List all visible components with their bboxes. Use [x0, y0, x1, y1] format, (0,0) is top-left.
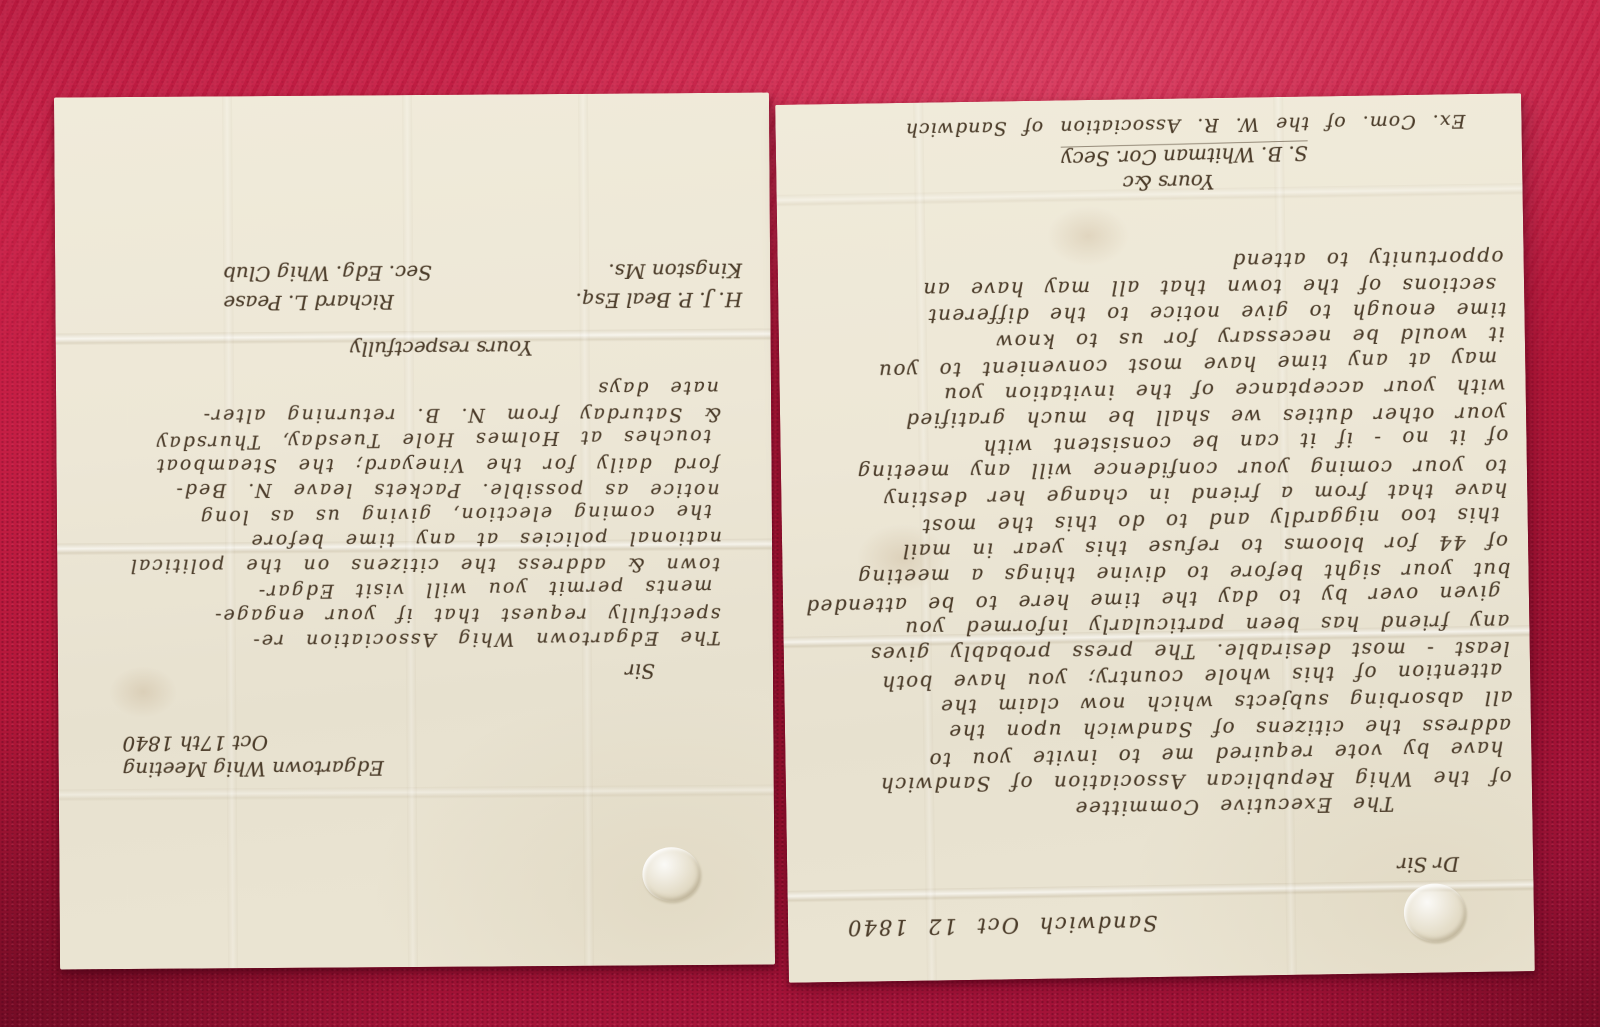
right-letter-body: The Executive Committeeof the Whig Repub…: [794, 243, 1513, 826]
handwriting-line: notice as possible. Packets leave N. Bed…: [57, 477, 720, 502]
handwriting-line: town & address the citizens on the polit…: [57, 551, 720, 578]
handwriting-line: ford daily for the Vineyard; the Steambo…: [57, 451, 720, 478]
handwriting-line: The Edgartown Whig Association re-: [58, 625, 721, 655]
addressee-name: H. J. P. Beal Esq.: [576, 288, 743, 313]
right-letter-content: Sandwich Oct 12 1840 Dr Sir The Executiv…: [775, 93, 1535, 983]
left-letter-address-row: Kingston Ms. Sec. Edg. Whig Club: [55, 259, 770, 288]
right-letter-signature: S. B. Whitman Cor. Secy: [1061, 140, 1308, 171]
left-letter-dateline: Edgartown Whig Meeting Oct 17th 1840: [58, 726, 773, 783]
dateline-place: Edgartown Whig Meeting: [123, 752, 774, 783]
handwriting-line: & Saturday from N. B. returning alter-: [56, 401, 721, 428]
left-letter-body: The Edgartown Whig Association re-spectf…: [56, 375, 721, 655]
handwriting-line: spectfully request that if your engage-: [58, 601, 721, 628]
right-letter-dateline: Sandwich Oct 12 1840: [788, 905, 1534, 941]
left-letter-address-row: H. J. P. Beal Esq. Richard L. Pease: [55, 288, 770, 317]
handwriting-line: nate days: [56, 375, 719, 405]
right-letter-closing: Yours &c: [776, 170, 1214, 201]
left-letter-closing: Yours respectfully: [56, 336, 533, 363]
signer-name: Richard L. Pease: [223, 290, 394, 315]
addressee-town: Kingston Ms.: [608, 259, 742, 284]
right-letter-sheet: Sandwich Oct 12 1840 Dr Sir The Executiv…: [775, 93, 1535, 983]
left-letter-content: Edgartown Whig Meeting Oct 17th 1840 Sir…: [54, 93, 775, 970]
left-letter-salutation: Sir: [58, 659, 655, 687]
left-letter-sheet: Edgartown Whig Meeting Oct 17th 1840 Sir…: [54, 93, 775, 970]
dateline-date: Oct 17th 1840: [122, 726, 773, 757]
right-letter-salutation: Dr Sir: [787, 852, 1459, 887]
right-letter-committee-line: Ex. Com. of the W. R. Association of San…: [775, 110, 1465, 143]
signer-title: Sec. Edg. Whig Club: [223, 261, 432, 286]
